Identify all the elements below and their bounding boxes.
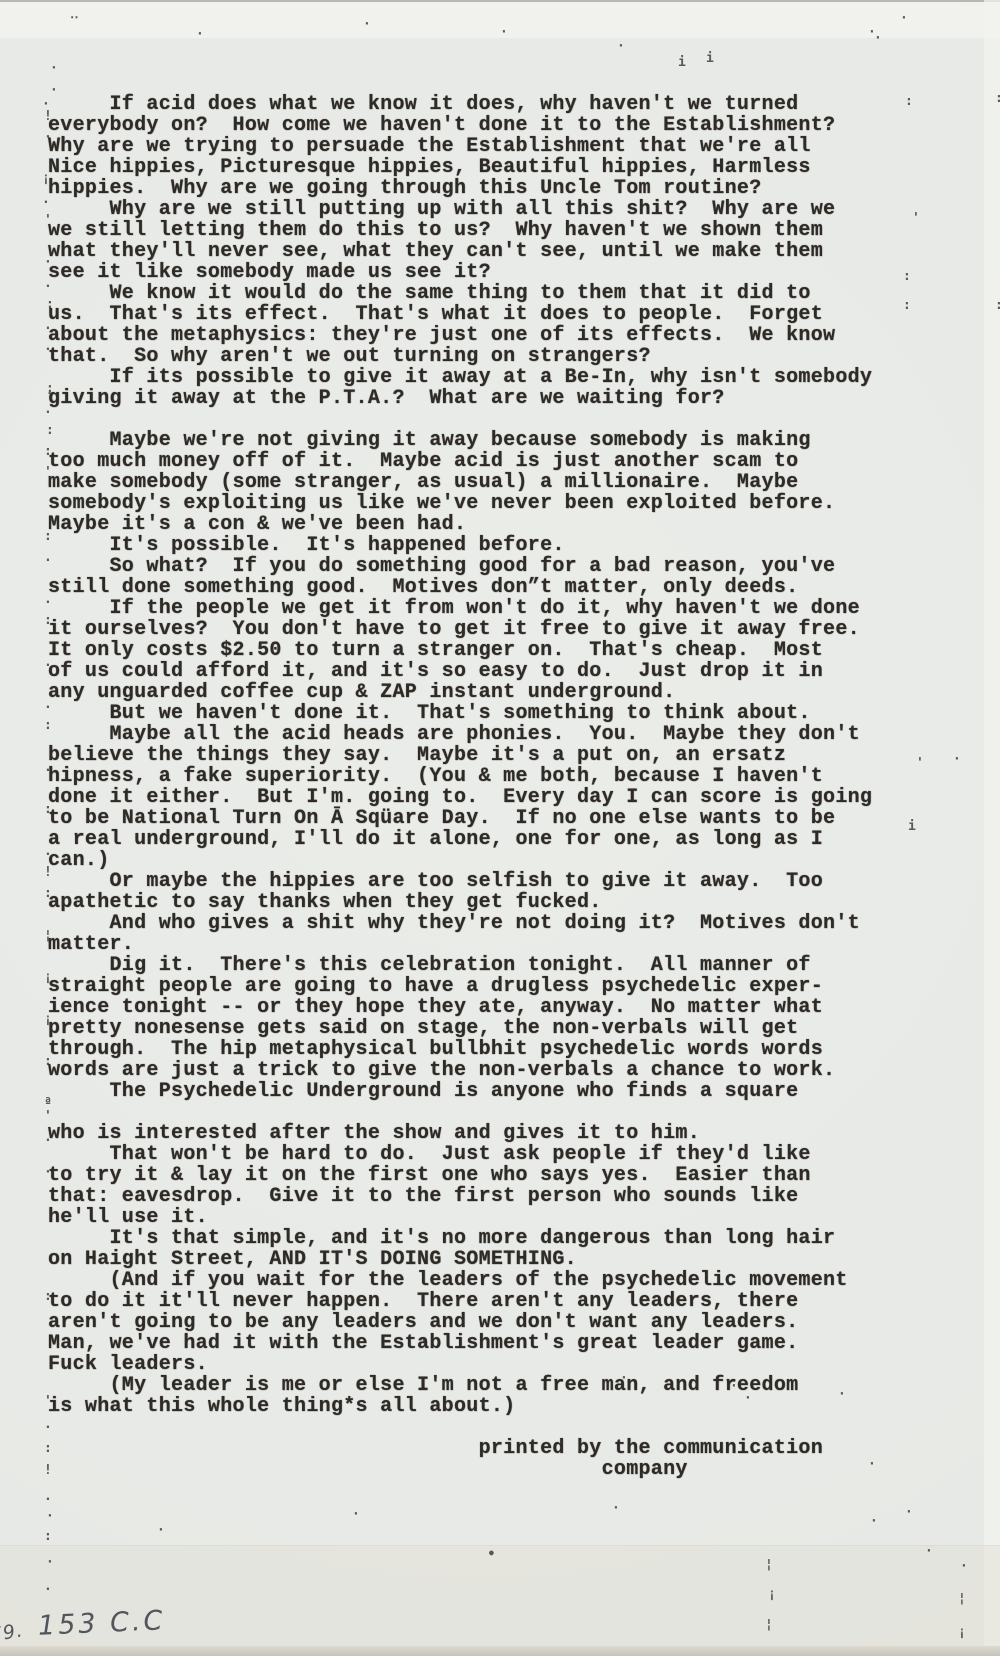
stray-mark: ·: [617, 40, 625, 53]
stray-mark: ·: [46, 1510, 54, 1523]
stray-mark: ·: [953, 753, 961, 766]
stray-mark: :: [995, 92, 1000, 105]
stray-mark: :: [44, 445, 52, 458]
stray-mark: ·: [905, 1506, 913, 1519]
stray-mark: ¦: [765, 1558, 773, 1571]
stray-mark: :: [44, 530, 52, 543]
stray-mark: ·: [870, 1515, 878, 1528]
stray-mark: ': [916, 757, 924, 770]
stray-mark: ': [44, 466, 52, 479]
stray-mark: ·: [612, 1502, 620, 1515]
stray-mark: ·: [44, 1166, 52, 1179]
stray-mark: ': [44, 214, 52, 227]
stray-mark: ¡: [768, 1588, 776, 1601]
stray-mark: .: [44, 403, 52, 416]
stray-mark: :: [44, 887, 52, 900]
stray-mark: ●: [489, 1549, 494, 1557]
stray-mark: .: [44, 1490, 52, 1503]
stray-mark: ·: [925, 1545, 933, 1558]
stray-mark: ·: [500, 26, 508, 39]
stray-mark: :: [903, 270, 911, 283]
stray-mark: ·: [960, 1560, 968, 1573]
stray-mark: .: [44, 593, 52, 606]
stray-mark: :: [44, 1530, 52, 1543]
artifact-layer: ‥····ii······!·¡.'·.:..;.::':..:..:.:.!:…: [0, 0, 1000, 1656]
stray-mark: i: [706, 52, 714, 65]
stray-mark: .: [44, 340, 52, 353]
stray-mark: :: [46, 424, 54, 437]
stray-mark: ': [44, 1395, 52, 1408]
stray-mark: :: [903, 299, 911, 312]
stray-mark: .: [44, 1131, 52, 1144]
stray-mark: .: [44, 761, 52, 774]
stray-mark: ': [44, 1110, 52, 1123]
stray-mark: .: [44, 277, 52, 290]
stray-mark: ·: [838, 1388, 846, 1401]
stray-mark: ·: [744, 1392, 752, 1405]
stray-mark: .: [44, 319, 52, 332]
stray-mark: ·: [620, 1372, 628, 1385]
stray-mark: i: [678, 56, 686, 69]
stray-mark: :: [905, 95, 913, 108]
stray-mark: .: [42, 193, 50, 206]
stray-mark: ·: [50, 84, 58, 97]
stray-mark: ·: [50, 62, 58, 75]
stray-mark: ‥: [70, 8, 79, 21]
stray-mark: .: [44, 551, 52, 564]
stray-mark: :: [44, 1442, 52, 1455]
stray-mark: ¡: [44, 1013, 52, 1026]
stray-mark: ¡: [958, 1626, 966, 1639]
stray-mark: :: [46, 298, 54, 311]
stray-mark: :: [44, 1055, 52, 1068]
stray-mark: ·: [352, 1508, 360, 1521]
stray-mark: :: [44, 803, 52, 816]
stray-mark: !: [44, 866, 52, 879]
stray-mark: :: [44, 719, 52, 732]
scanned-page: If acid does what we know it does, why h…: [0, 0, 1000, 1656]
stray-mark: ·: [363, 18, 371, 31]
stray-mark: ·: [44, 256, 52, 269]
stray-mark: ·: [868, 1458, 876, 1471]
stray-mark: ·: [157, 1524, 165, 1537]
stray-mark: .: [44, 656, 52, 669]
stray-mark: ': [912, 212, 920, 225]
stray-mark: i: [908, 820, 916, 833]
stray-mark: .: [44, 845, 52, 858]
stray-mark: :: [995, 299, 1000, 312]
stray-mark: ·: [730, 1380, 738, 1393]
stray-mark: ·: [213, 1404, 221, 1417]
stray-mark: ·: [46, 1556, 54, 1569]
stray-mark: ¦: [765, 1618, 773, 1631]
stray-mark: ;: [46, 382, 54, 395]
stray-mark: .: [44, 1418, 52, 1431]
stray-mark: :: [44, 614, 52, 627]
stray-mark: ¡: [42, 172, 50, 185]
stray-mark: !: [44, 1464, 52, 1477]
stray-mark: .: [44, 1580, 52, 1593]
stray-mark: .: [44, 698, 52, 711]
stray-mark: :: [44, 1290, 52, 1303]
stray-mark: ·: [874, 32, 882, 45]
stray-mark: ¦: [958, 1592, 966, 1605]
stray-mark: ¦: [44, 929, 52, 942]
stray-mark: ¡: [44, 971, 52, 984]
stray-mark: ·: [196, 28, 204, 41]
stray-mark: !: [44, 110, 52, 123]
stray-mark: ·: [44, 131, 52, 144]
stray-mark: ·: [420, 1335, 428, 1348]
stray-mark: ·: [900, 12, 908, 25]
